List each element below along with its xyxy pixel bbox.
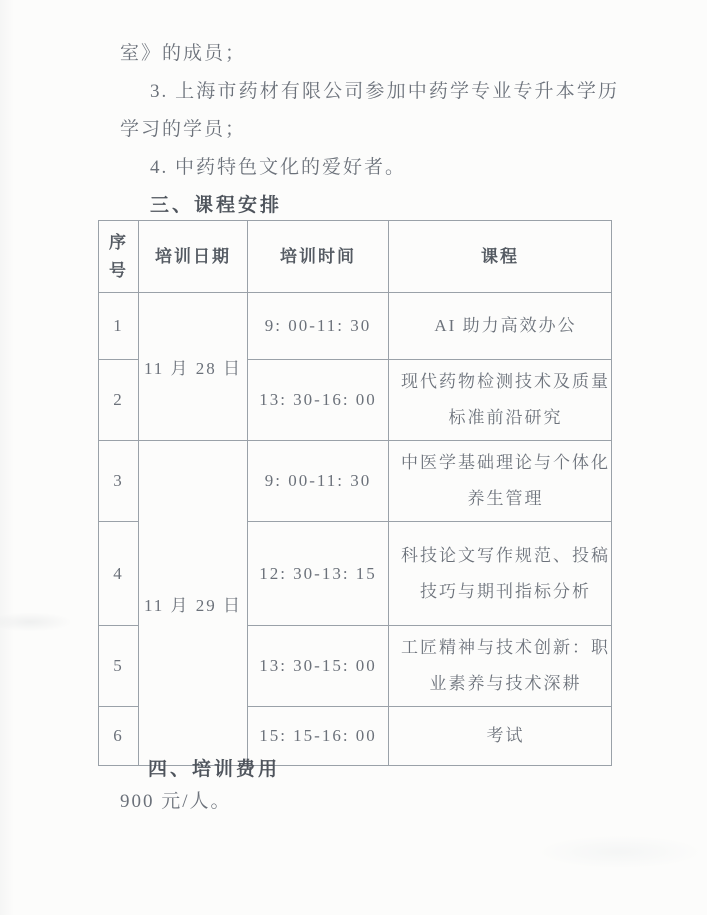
- intro-item-4: 4. 中药特色文化的爱好者。: [120, 149, 619, 187]
- course-cell: 考试: [389, 707, 612, 766]
- seq-cell: 1: [99, 293, 139, 360]
- seq-cell: 3: [99, 441, 139, 522]
- course-cell: AI 助力高效办公: [389, 293, 612, 360]
- course-cell: 科技论文写作规范、投稿技巧与期刊指标分析: [389, 522, 612, 626]
- time-cell: 12: 30-13: 15: [248, 522, 389, 626]
- seq-cell: 6: [99, 707, 139, 766]
- time-cell: 15: 15-16: 00: [248, 707, 389, 766]
- course-cell: 现代药物检测技术及质量标准前沿研究: [389, 360, 612, 441]
- fee-text: 900 元/人。: [120, 790, 619, 814]
- header-cell-date: 培训日期: [139, 221, 248, 293]
- document-page: 室》的成员； 3. 上海市药材有限公司参加中药学专业专升本学历学习的学员； 4.…: [0, 0, 707, 915]
- fees-section: 四、培训费用 900 元/人。: [120, 758, 619, 814]
- table-header-row: 序号 培训日期 培训时间 课程: [99, 221, 612, 293]
- date-cell: 11 月 29 日: [139, 441, 248, 766]
- seq-cell: 5: [99, 626, 139, 707]
- header-cell-time: 培训时间: [248, 221, 389, 293]
- table-row: 1 11 月 28 日 9: 00-11: 30 AI 助力高效办公: [99, 293, 612, 360]
- intro-text-block: 室》的成员； 3. 上海市药材有限公司参加中药学专业专升本学历学习的学员； 4.…: [120, 35, 619, 225]
- time-cell: 13: 30-15: 00: [248, 626, 389, 707]
- seq-cell: 4: [99, 522, 139, 626]
- course-cell: 工匠精神与技术创新：职业素养与技术深耕: [389, 626, 612, 707]
- time-cell: 9: 00-11: 30: [248, 293, 389, 360]
- intro-continuation-line: 室》的成员；: [120, 35, 619, 73]
- date-cell: 11 月 28 日: [139, 293, 248, 441]
- time-cell: 9: 00-11: 30: [248, 441, 389, 522]
- course-cell: 中医学基础理论与个体化养生管理: [389, 441, 612, 522]
- seq-cell: 2: [99, 360, 139, 441]
- section-heading-fees: 四、培训费用: [120, 758, 619, 782]
- table-row: 3 11 月 29 日 9: 00-11: 30 中医学基础理论与个体化养生管理: [99, 441, 612, 522]
- schedule-table: 序号 培训日期 培训时间 课程 1 11 月 28 日 9: 00-11: 30…: [98, 220, 612, 766]
- header-cell-seq: 序号: [99, 221, 139, 293]
- header-cell-course: 课程: [389, 221, 612, 293]
- time-cell: 13: 30-16: 00: [248, 360, 389, 441]
- intro-item-3: 3. 上海市药材有限公司参加中药学专业专升本学历学习的学员；: [120, 73, 619, 149]
